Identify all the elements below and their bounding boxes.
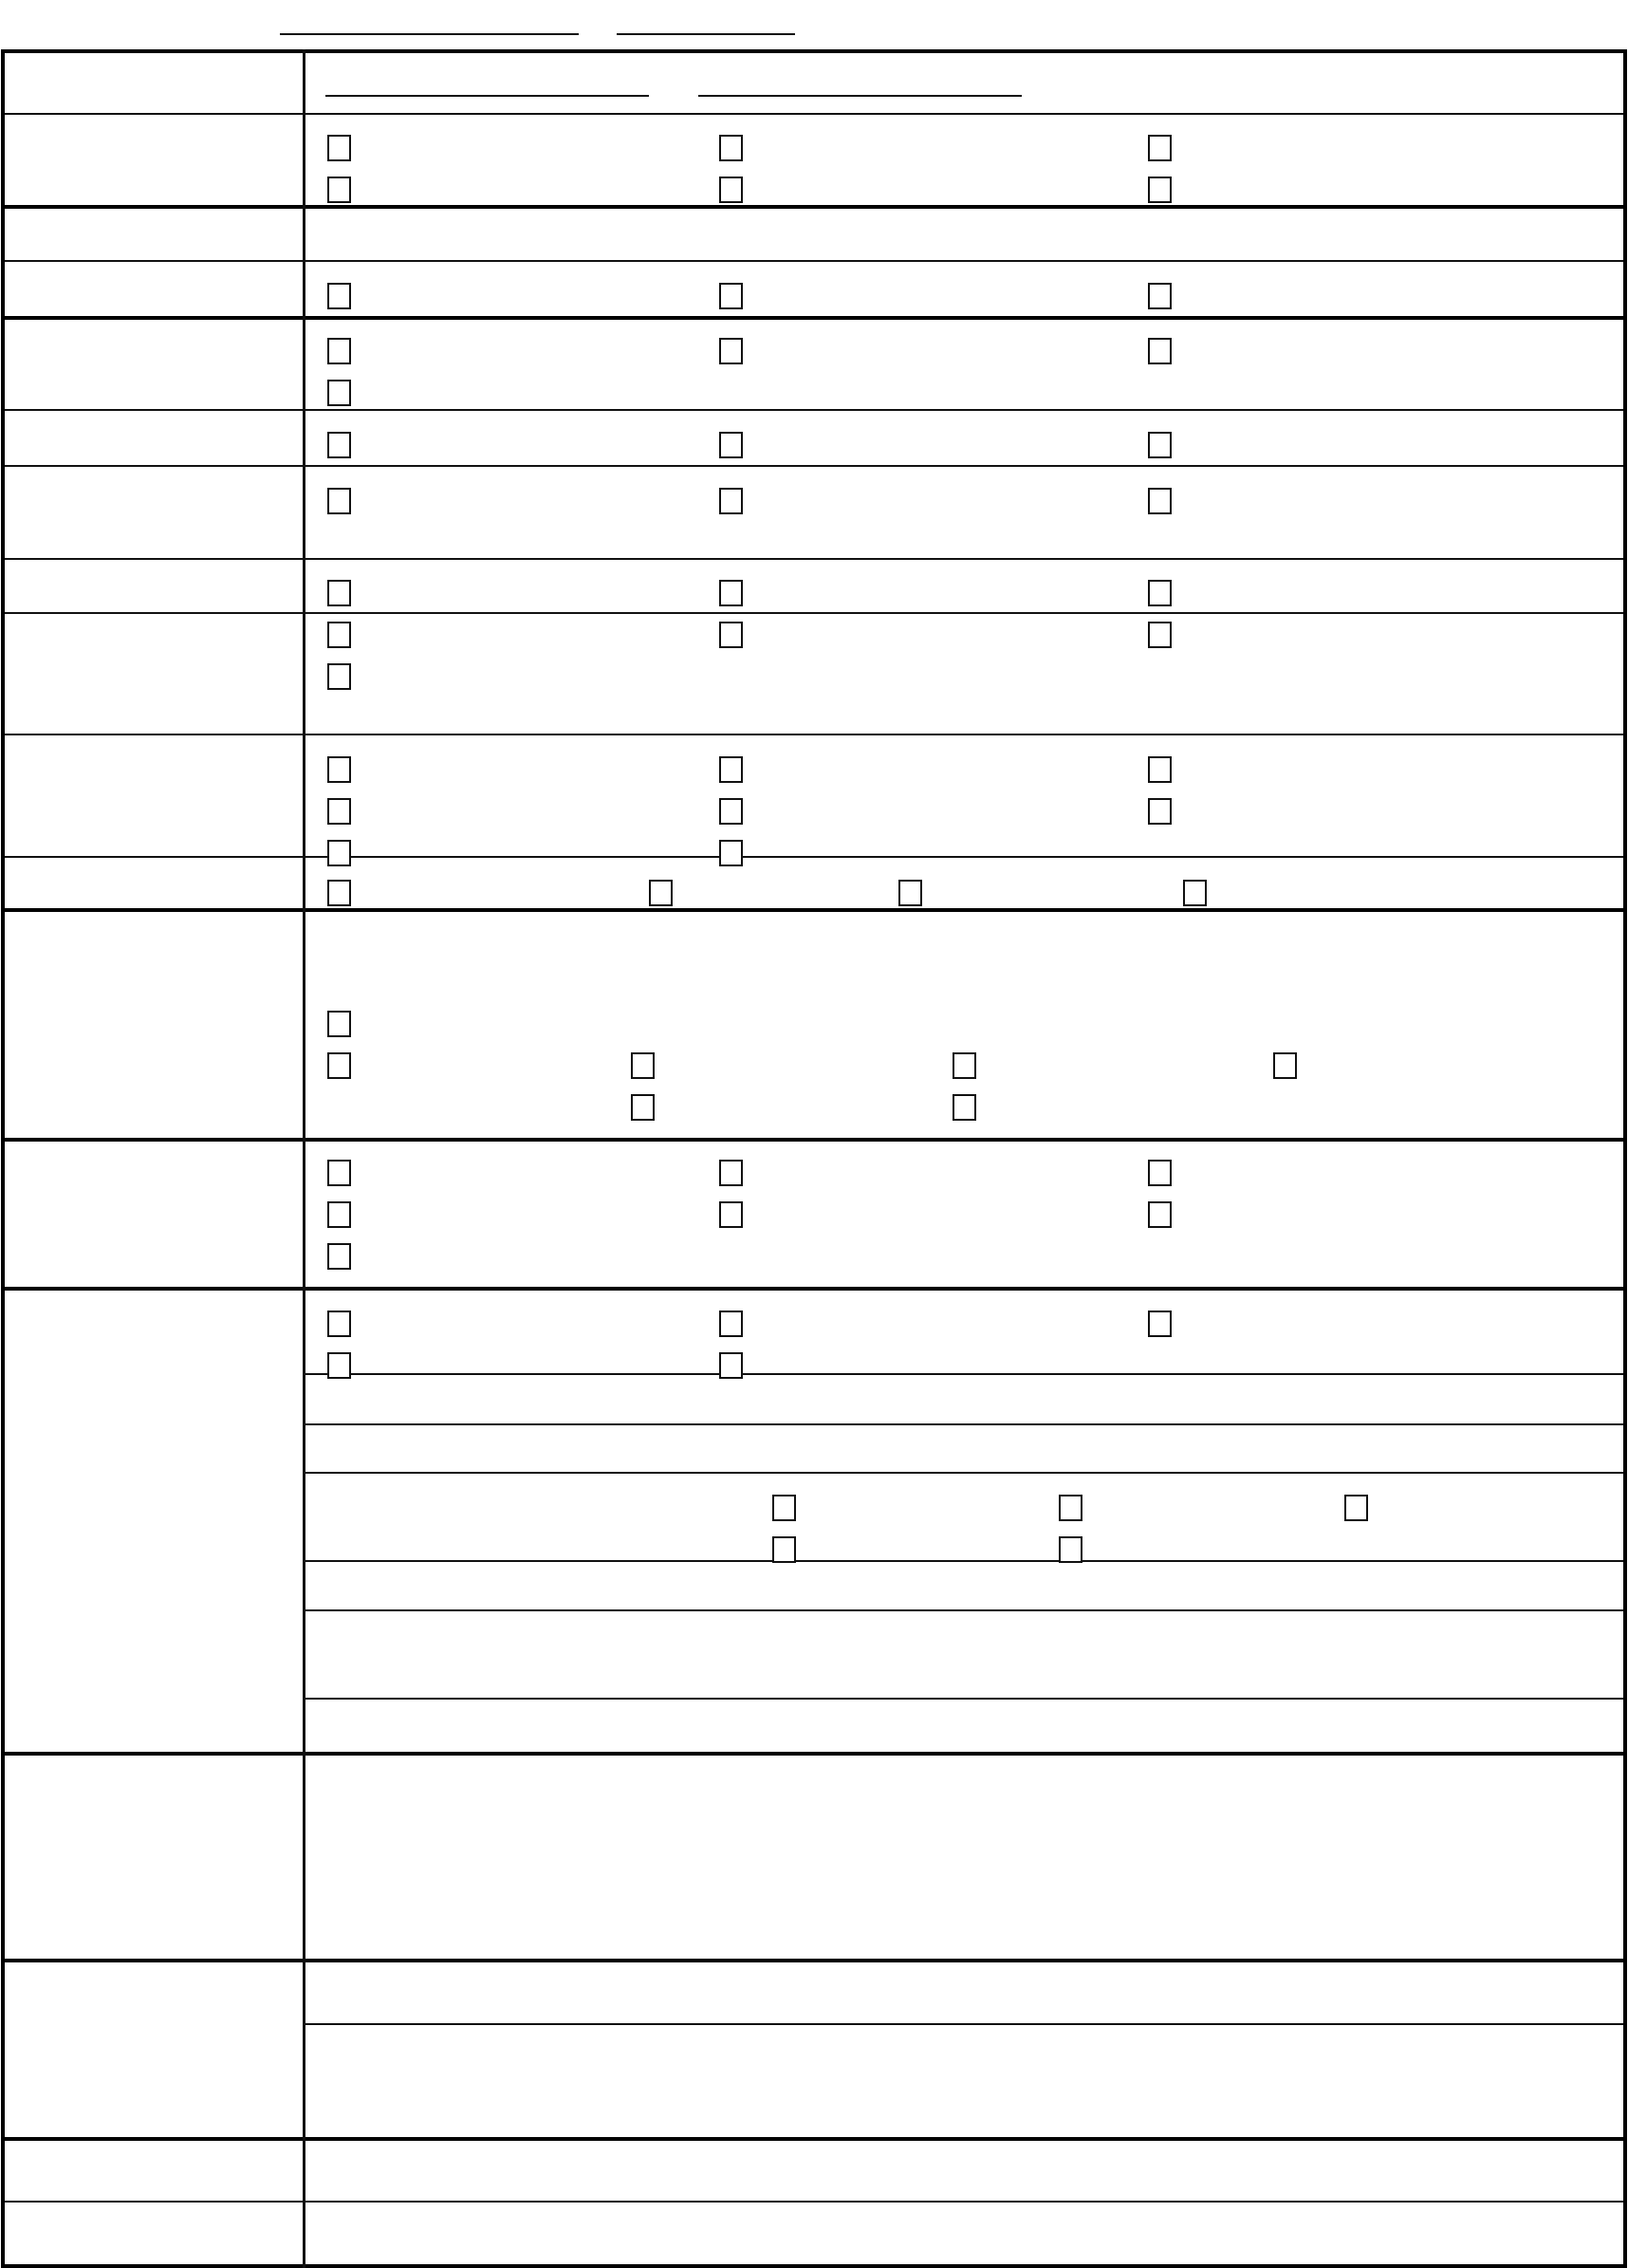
checkbox-icon[interactable] [719,432,743,458]
row-divider [3,316,1626,320]
checkbox-icon[interactable] [649,880,673,906]
checkbox-icon[interactable] [1148,283,1172,309]
option-cause-other[interactable] [719,1344,745,1386]
option-level1-care[interactable] [719,329,745,372]
checkbox-icon[interactable] [327,840,351,866]
option-walking[interactable] [327,571,353,614]
option-no-treatment[interactable] [327,748,353,790]
occur-day-field[interactable] [503,66,576,97]
option-skin-mucosa[interactable] [631,1044,657,1087]
row-divider [3,2137,1626,2141]
checkbox-icon[interactable] [631,1052,655,1079]
option-family-escort[interactable] [719,423,745,466]
option-location-corridor[interactable] [327,168,353,211]
checkbox-icon[interactable] [327,663,351,690]
checkbox-icon[interactable] [953,1052,976,1079]
discover-month-field[interactable] [803,66,876,97]
sub-row-divider [305,1698,1626,1700]
option-spine[interactable] [649,871,675,914]
checkbox-icon[interactable] [719,840,743,866]
option-level3-care[interactable] [327,371,353,414]
option-special-care[interactable] [327,329,353,372]
checkbox-icon[interactable] [327,1201,351,1228]
checkbox-icon[interactable] [1148,488,1172,514]
option-inpatient[interactable] [1148,274,1174,317]
option-location-outdoor[interactable] [327,126,353,169]
table-top-border [3,49,1626,53]
checkbox-icon[interactable] [719,1311,743,1337]
checkbox-icon[interactable] [953,1094,976,1121]
checkbox-icon[interactable] [1059,1495,1082,1521]
option-location-other[interactable] [1148,168,1174,211]
row-divider [3,1959,1626,1962]
table-left-border [1,49,5,2268]
checkbox-icon[interactable] [1148,135,1172,161]
checkbox-icon[interactable] [1148,622,1172,648]
checkbox-icon[interactable] [719,338,743,364]
checkbox-icon[interactable] [327,1011,351,1037]
occur-year-field[interactable] [325,66,430,97]
option-hospitalized[interactable] [719,1151,745,1194]
checkbox-icon[interactable] [719,283,743,309]
option-outcome-surgery[interactable] [719,1193,745,1236]
checkbox-icon[interactable] [327,580,351,606]
sub-row-divider [305,1373,1626,1375]
option-other-work[interactable] [1148,479,1174,522]
column-divider [303,49,305,2268]
option-head-face[interactable] [327,871,353,914]
option-limbs[interactable] [898,871,924,914]
report-day-field[interactable] [446,5,512,35]
occur-hour-field[interactable] [576,66,649,97]
option-slippery-floor[interactable] [719,1302,745,1345]
checkbox-icon[interactable] [327,338,351,364]
option-getting-up[interactable] [327,613,353,656]
checkbox-icon[interactable] [719,1352,743,1379]
option-observation[interactable] [327,1151,353,1194]
option-epilepsy[interactable] [1344,1486,1370,1529]
option-location-exam[interactable] [719,126,745,169]
table-bottom-border [3,2264,1626,2268]
option-medical-work[interactable] [719,479,745,522]
row-divider [3,1287,1626,1291]
option-protection-misuse[interactable] [1148,1302,1174,1345]
checkbox-icon[interactable] [327,1352,351,1379]
checkbox-icon[interactable] [772,1536,796,1563]
option-imaging[interactable] [1148,790,1174,832]
checkbox-icon[interactable] [1148,798,1172,825]
checkbox-icon[interactable] [327,135,351,161]
checkbox-icon[interactable] [1344,1495,1368,1521]
option-degree-other[interactable] [953,1086,978,1128]
sub-row-divider [305,1472,1626,1474]
option-debridement[interactable] [719,748,745,790]
report-hour-field[interactable] [512,5,579,35]
checkbox-icon[interactable] [327,622,351,648]
option-transfer-icu[interactable] [327,1193,353,1236]
option-fall-state-other[interactable] [327,655,353,697]
option-self-assessment-insufficient[interactable] [327,1344,353,1386]
checkbox-icon[interactable] [1148,338,1172,364]
option-no-injury[interactable] [327,1002,353,1045]
checkbox-icon[interactable] [719,580,743,606]
checkbox-icon[interactable] [719,756,743,783]
row-divider [3,205,1626,209]
checkbox-icon[interactable] [1148,1160,1172,1186]
checkbox-icon[interactable] [327,1052,351,1079]
checkbox-icon[interactable] [719,488,743,514]
option-emergency[interactable] [327,274,353,317]
checkbox-icon[interactable] [1148,1201,1172,1228]
report-header [280,2,795,40]
row-divider [3,1752,1626,1756]
option-in-surgery[interactable] [719,274,745,317]
checkbox-icon[interactable] [898,880,922,906]
row-divider [3,612,1626,614]
row-divider [3,908,1626,912]
option-dementia[interactable] [1059,1528,1084,1571]
checkbox-icon[interactable] [1273,1052,1297,1079]
checkbox-icon[interactable] [1148,177,1172,203]
option-measures-other[interactable] [719,831,745,874]
option-site-other[interactable] [1183,871,1209,914]
option-fracture[interactable] [631,1086,657,1128]
option-rescue[interactable] [1148,1193,1174,1236]
row-divider [3,113,1626,115]
option-location-bathroom[interactable] [719,168,745,211]
row-divider [3,2201,1626,2203]
checkbox-icon[interactable] [327,432,351,458]
option-caregiver-escort[interactable] [1148,423,1174,466]
option-surgery[interactable] [1148,748,1174,790]
checkbox-icon[interactable] [327,1160,351,1186]
checkbox-icon[interactable] [1148,580,1172,606]
option-agitation[interactable] [772,1528,798,1571]
row-divider [3,260,1626,262]
discover-day-field[interactable] [876,66,949,97]
sub-row-divider [305,2023,1626,2025]
checkbox-icon[interactable] [1148,756,1172,783]
checkbox-icon[interactable] [719,1201,743,1228]
checkbox-icon[interactable] [327,380,351,406]
row-divider [3,856,1626,858]
sub-row-divider [305,1609,1626,1611]
option-sleeping[interactable] [327,479,353,522]
checkbox-icon[interactable] [327,880,351,906]
option-cpr[interactable] [719,790,745,832]
checkbox-icon[interactable] [719,177,743,203]
option-assessment-insufficient[interactable] [327,1302,353,1345]
checkbox-icon[interactable] [327,283,351,309]
option-location-bedside[interactable] [1148,126,1174,169]
option-mental-abnormal[interactable] [1059,1486,1084,1529]
row-divider [3,558,1626,560]
report-month-field[interactable] [379,5,446,35]
table-right-border [1623,49,1627,2268]
option-dressing[interactable] [327,831,353,874]
option-no-escort[interactable] [327,423,353,466]
checkbox-icon[interactable] [327,798,351,825]
row-divider [3,1138,1626,1142]
sub-row-divider [305,1560,1626,1562]
checkbox-icon[interactable] [1059,1536,1082,1563]
checkbox-icon[interactable] [631,1094,655,1121]
option-injured[interactable] [327,1044,353,1087]
checkbox-icon[interactable] [719,135,743,161]
option-after-medication[interactable] [719,613,745,656]
checkbox-icon[interactable] [719,798,743,825]
checkbox-icon[interactable] [327,756,351,783]
checkbox-icon[interactable] [719,622,743,648]
checkbox-icon[interactable] [1148,1311,1172,1337]
option-turning[interactable] [719,571,745,614]
option-transfer-dept[interactable] [1148,1151,1174,1194]
discover-hour-field[interactable] [949,66,1022,97]
checkbox-icon[interactable] [719,1160,743,1186]
event-time-fields [325,61,1022,103]
checkbox-icon[interactable] [327,1243,351,1270]
occur-month-field[interactable] [430,66,503,97]
option-limb-activity[interactable] [1148,613,1174,656]
discover-year-field[interactable] [698,66,803,97]
checkbox-icon[interactable] [327,1311,351,1337]
checkbox-icon[interactable] [327,177,351,203]
checkbox-icon[interactable] [327,488,351,514]
sub-row-divider [305,1423,1626,1425]
row-divider [3,409,1626,411]
option-disease-factor[interactable] [1148,571,1174,614]
row-divider [3,465,1626,467]
checkbox-icon[interactable] [772,1495,796,1521]
option-vital-signs[interactable] [327,790,353,832]
reporter-field[interactable] [617,5,795,35]
report-year-field[interactable] [280,5,379,35]
option-mental-normal[interactable] [772,1486,798,1529]
checkbox-icon[interactable] [1183,880,1207,906]
checkbox-icon[interactable] [1148,432,1172,458]
option-level2-care[interactable] [1148,329,1174,372]
option-death[interactable] [327,1235,353,1277]
option-function-loss[interactable] [1273,1044,1299,1087]
option-organ-injury[interactable] [953,1044,978,1087]
row-divider [3,734,1626,735]
